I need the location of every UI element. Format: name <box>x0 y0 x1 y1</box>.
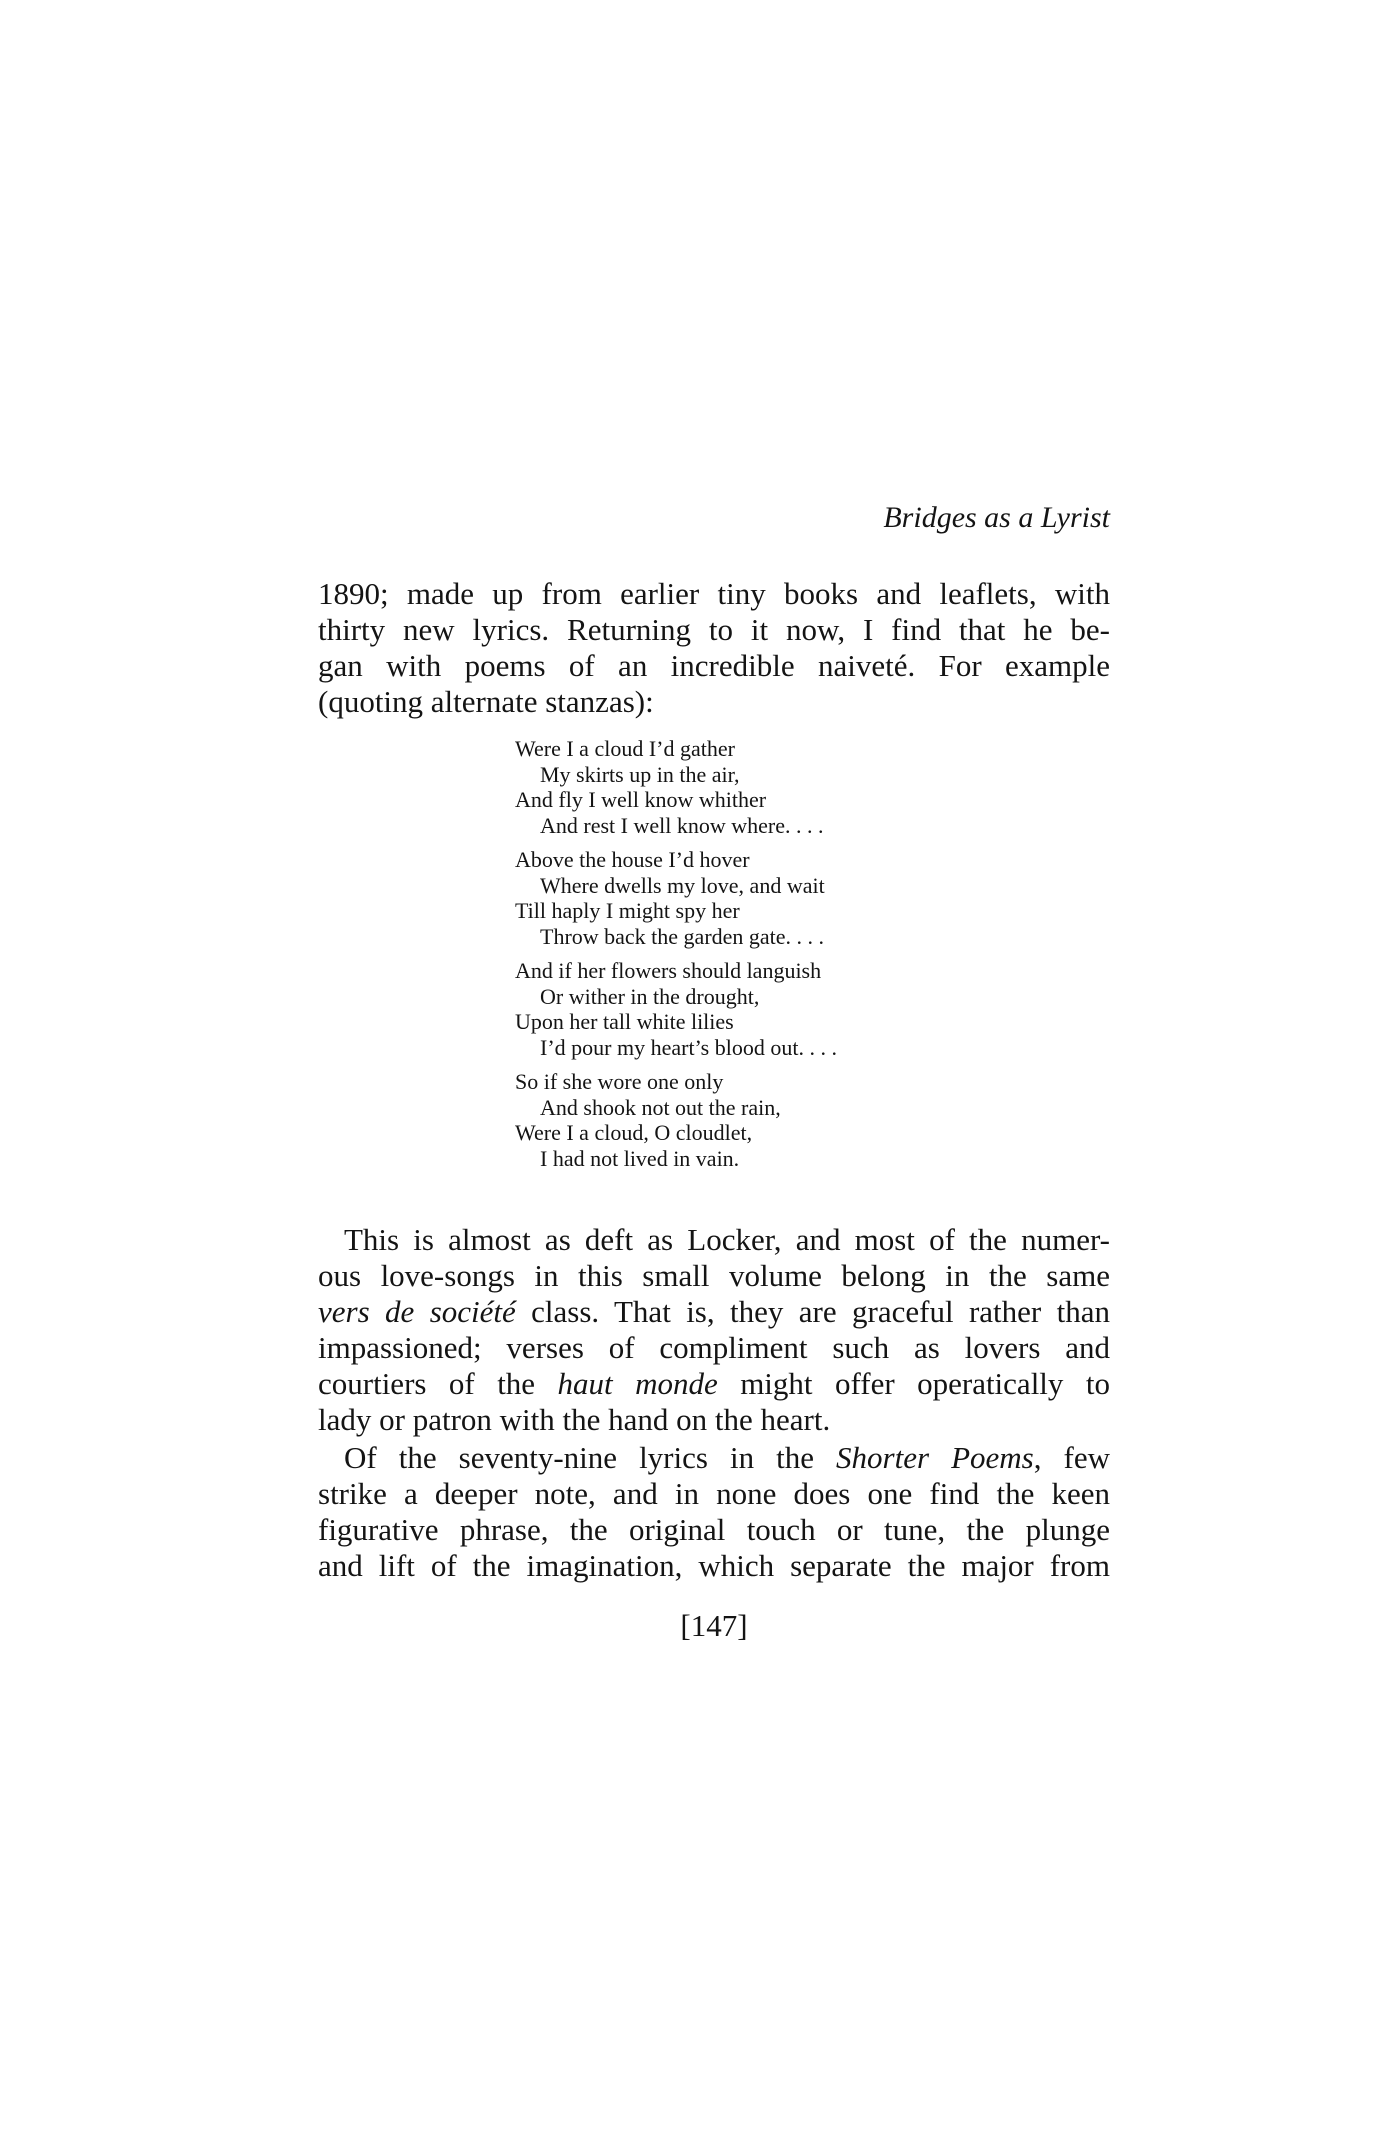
poem-stanza: So if she wore one only And shook not ou… <box>515 1069 837 1171</box>
text-line: This is almost as deft as Locker, and mo… <box>318 1222 1110 1258</box>
poem-line: Throw back the garden gate. . . . <box>515 924 837 950</box>
text-line: vers de société class. That is, they are… <box>318 1294 1110 1330</box>
poem-line: Above the house I’d hover <box>515 847 837 873</box>
text-line: courtiers of the haut monde might offer … <box>318 1366 1110 1402</box>
page-number: [147] <box>318 1608 1110 1644</box>
text-line: ous love-songs in this small volume belo… <box>318 1258 1110 1294</box>
paragraph-shorter-poems: Of the seventy-nine lyrics in the Shorte… <box>318 1440 1110 1584</box>
poem-stanza: Were I a cloud I’d gather My skirts up i… <box>515 736 837 838</box>
poem-line: I had not lived in vain. <box>515 1146 837 1172</box>
text-span: Of the seventy-nine lyrics in the <box>344 1440 836 1475</box>
text-line: figurative phrase, the original touch or… <box>318 1512 1110 1548</box>
text-line: impassioned; verses of compliment such a… <box>318 1330 1110 1366</box>
text-span: courtiers of the <box>318 1366 558 1401</box>
poem-stanza: And if her flowers should languish Or wi… <box>515 958 837 1060</box>
text-line: 1890; made up from earlier tiny books an… <box>318 576 1110 612</box>
text-line: strike a deeper note, and in none does o… <box>318 1476 1110 1512</box>
text-line: thirty new lyrics. Returning to it now, … <box>318 612 1110 648</box>
poem-line: Till haply I might spy her <box>515 898 837 924</box>
poem-line: And shook not out the rain, <box>515 1095 837 1121</box>
text-span: might offer operatically to <box>718 1366 1110 1401</box>
poem-line: Where dwells my love, and wait <box>515 873 837 899</box>
poem-line: And fly I well know whither <box>515 787 837 813</box>
poem-line: I’d pour my heart’s blood out. . . . <box>515 1035 837 1061</box>
paragraph-intro: 1890; made up from earlier tiny books an… <box>318 576 1110 720</box>
paragraph-commentary: This is almost as deft as Locker, and mo… <box>318 1222 1110 1438</box>
poem-line: So if she wore one only <box>515 1069 837 1095</box>
italic-phrase: haut monde <box>558 1366 718 1401</box>
running-head: Bridges as a Lyrist <box>318 500 1110 536</box>
italic-title: Shorter Poems <box>836 1440 1034 1475</box>
text-span: , few <box>1034 1440 1110 1475</box>
poem-line: Upon her tall white lilies <box>515 1009 837 1035</box>
poem-line: My skirts up in the air, <box>515 762 837 788</box>
text-line: and lift of the imagination, which separ… <box>318 1548 1110 1584</box>
text-line: gan with poems of an incredible naiveté.… <box>318 648 1110 684</box>
poem-line: Or wither in the drought, <box>515 984 837 1010</box>
poem-line: Were I a cloud I’d gather <box>515 736 837 762</box>
poem-quotation: Were I a cloud I’d gather My skirts up i… <box>515 736 837 1180</box>
italic-phrase: vers de société <box>318 1294 516 1329</box>
text-line: (quoting alternate stanzas): <box>318 684 1110 720</box>
text-line: Of the seventy-nine lyrics in the Shorte… <box>318 1440 1110 1476</box>
text-line: lady or patron with the hand on the hear… <box>318 1402 1110 1438</box>
poem-line: Were I a cloud, O cloudlet, <box>515 1120 837 1146</box>
poem-stanza: Above the house I’d hover Where dwells m… <box>515 847 837 949</box>
poem-line: And if her flowers should languish <box>515 958 837 984</box>
text-span: class. That is, they are graceful rather… <box>516 1294 1110 1329</box>
poem-line: And rest I well know where. . . . <box>515 813 837 839</box>
